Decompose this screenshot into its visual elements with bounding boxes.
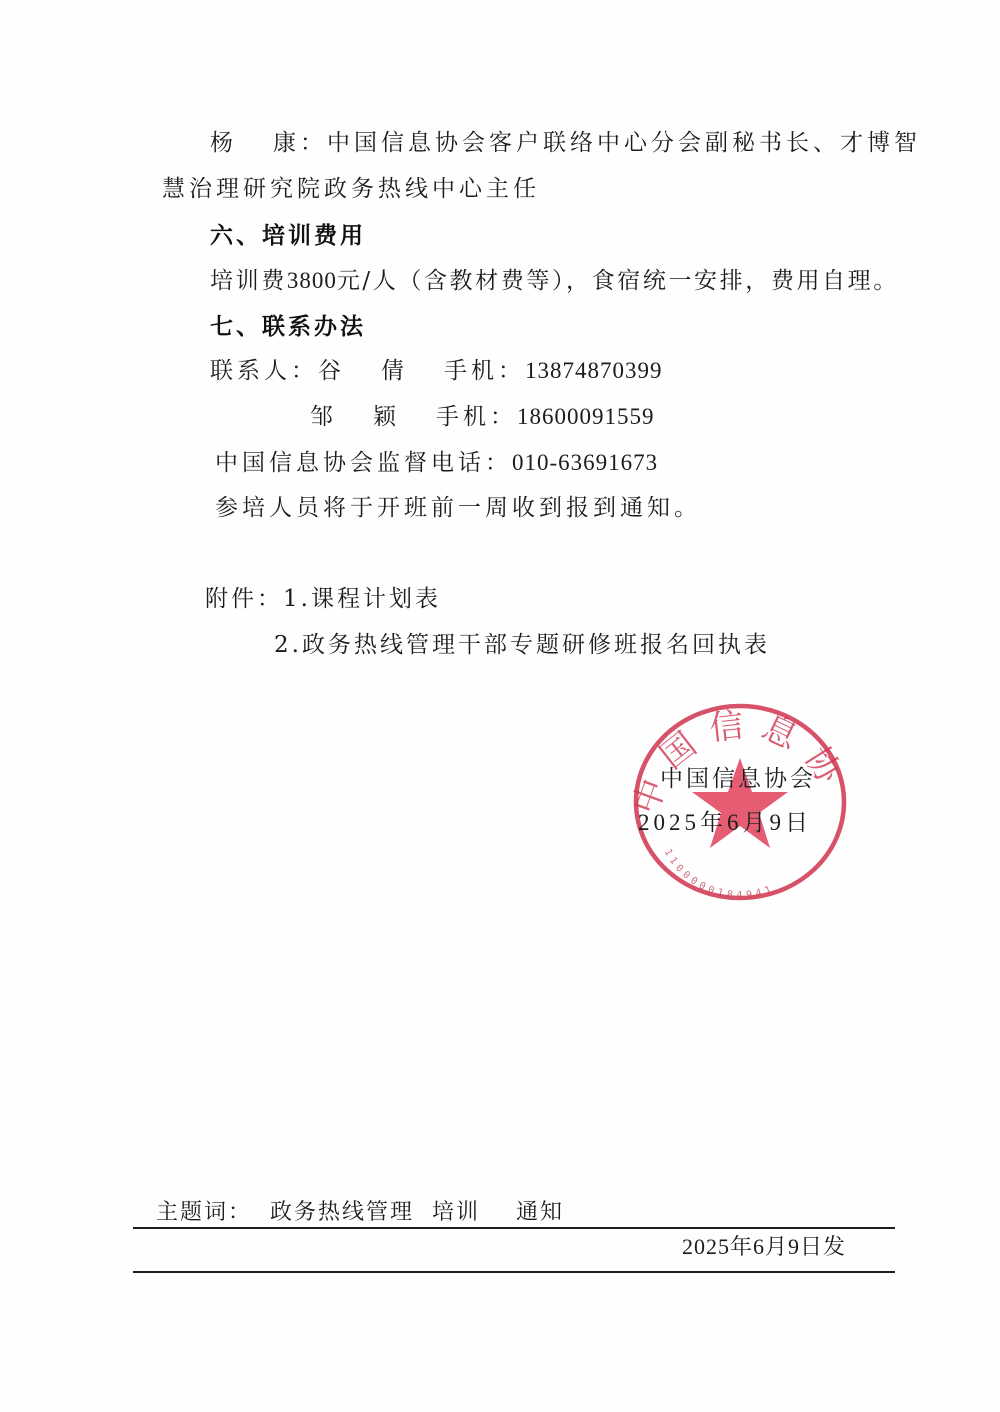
contact-row-1: 联系人：谷倩手机：13874870399 — [210, 356, 663, 386]
contact-1-name-a: 谷 — [318, 358, 345, 384]
keyword-2: 培训 — [432, 1200, 480, 1225]
fees-amount: 3800 — [287, 268, 337, 293]
document-page: 杨康：中国信息协会客户联络中心分会副秘书长、才博智 慧治理研究院政务热线中心主任… — [0, 0, 1000, 1412]
footer-rule-top — [133, 1227, 895, 1229]
attachments-label: 附件： — [205, 586, 283, 612]
checkin-notice: 参培人员将于开班前一周收到报到通知。 — [215, 493, 701, 523]
svg-text:1100000184941: 1100000184941 — [662, 847, 777, 901]
contact-2-name-a: 邹 — [310, 404, 337, 430]
footer-rule-bottom — [133, 1271, 895, 1273]
seal-graphic: 中国信息协会 1100000184941 — [630, 700, 852, 904]
issue-date: 2025年6月9日发 — [682, 1233, 846, 1261]
lecturer-line: 杨康：中国信息协会客户联络中心分会副秘书长、才博智 — [210, 128, 921, 158]
contact-2-phone: 18600091559 — [517, 404, 655, 429]
keyword-1: 政务热线管理 — [270, 1200, 414, 1225]
section-heading-contact: 七、联系办法 — [210, 312, 366, 342]
attachment-row-1: 附件：1.课程计划表 — [205, 584, 441, 614]
signature-date: 2025年6月9日 — [638, 808, 812, 838]
official-seal: 中国信息协会 1100000184941 — [630, 700, 852, 904]
fees-body: 培训费3800元/人（含教材费等），食宿统一安排，费用自理。 — [210, 266, 899, 296]
contact-1-phone: 13874870399 — [525, 358, 663, 383]
lecturer-separator: ： — [300, 130, 327, 156]
signature-organization: 中国信息协会 — [660, 764, 816, 794]
supervision-label: 中国信息协会监督电话： — [215, 450, 512, 476]
fees-suffix: 元/人（含教材费等），食宿统一安排，费用自理。 — [337, 268, 899, 294]
svg-text:中国信息协会: 中国信息协会 — [630, 700, 852, 819]
keywords-label: 主题词： — [156, 1200, 252, 1225]
supervision-phone: 010-63691673 — [512, 450, 658, 475]
keywords-line: 主题词：政务热线管理培训通知 — [156, 1199, 564, 1227]
attachment-item-1[interactable]: 1.课程计划表 — [283, 586, 441, 612]
section-heading-fees: 六、培训费用 — [210, 221, 366, 251]
fees-prefix: 培训费 — [210, 268, 287, 294]
lecturer-title-line1: 中国信息协会客户联络中心分会副秘书长、才博智 — [327, 130, 921, 156]
contact-2-name-b: 颖 — [373, 404, 400, 430]
keyword-3: 通知 — [516, 1200, 564, 1225]
supervision-line: 中国信息协会监督电话：010-63691673 — [215, 448, 658, 478]
lecturer-title-line2: 慧治理研究院政务热线中心主任 — [162, 174, 540, 204]
attachment-item-2[interactable]: 2.政务热线管理干部专题研修班报名回执表 — [274, 630, 770, 660]
lecturer-name-last: 康 — [273, 130, 300, 156]
contact-1-name-b: 倩 — [381, 358, 408, 384]
contacts-label: 联系人： — [210, 358, 318, 384]
contact-1-phone-label: 手机： — [444, 358, 525, 384]
contact-2-phone-label: 手机： — [436, 404, 517, 430]
lecturer-name-first: 杨 — [210, 130, 237, 156]
contact-row-2: 邹颖手机：18600091559 — [310, 402, 655, 432]
